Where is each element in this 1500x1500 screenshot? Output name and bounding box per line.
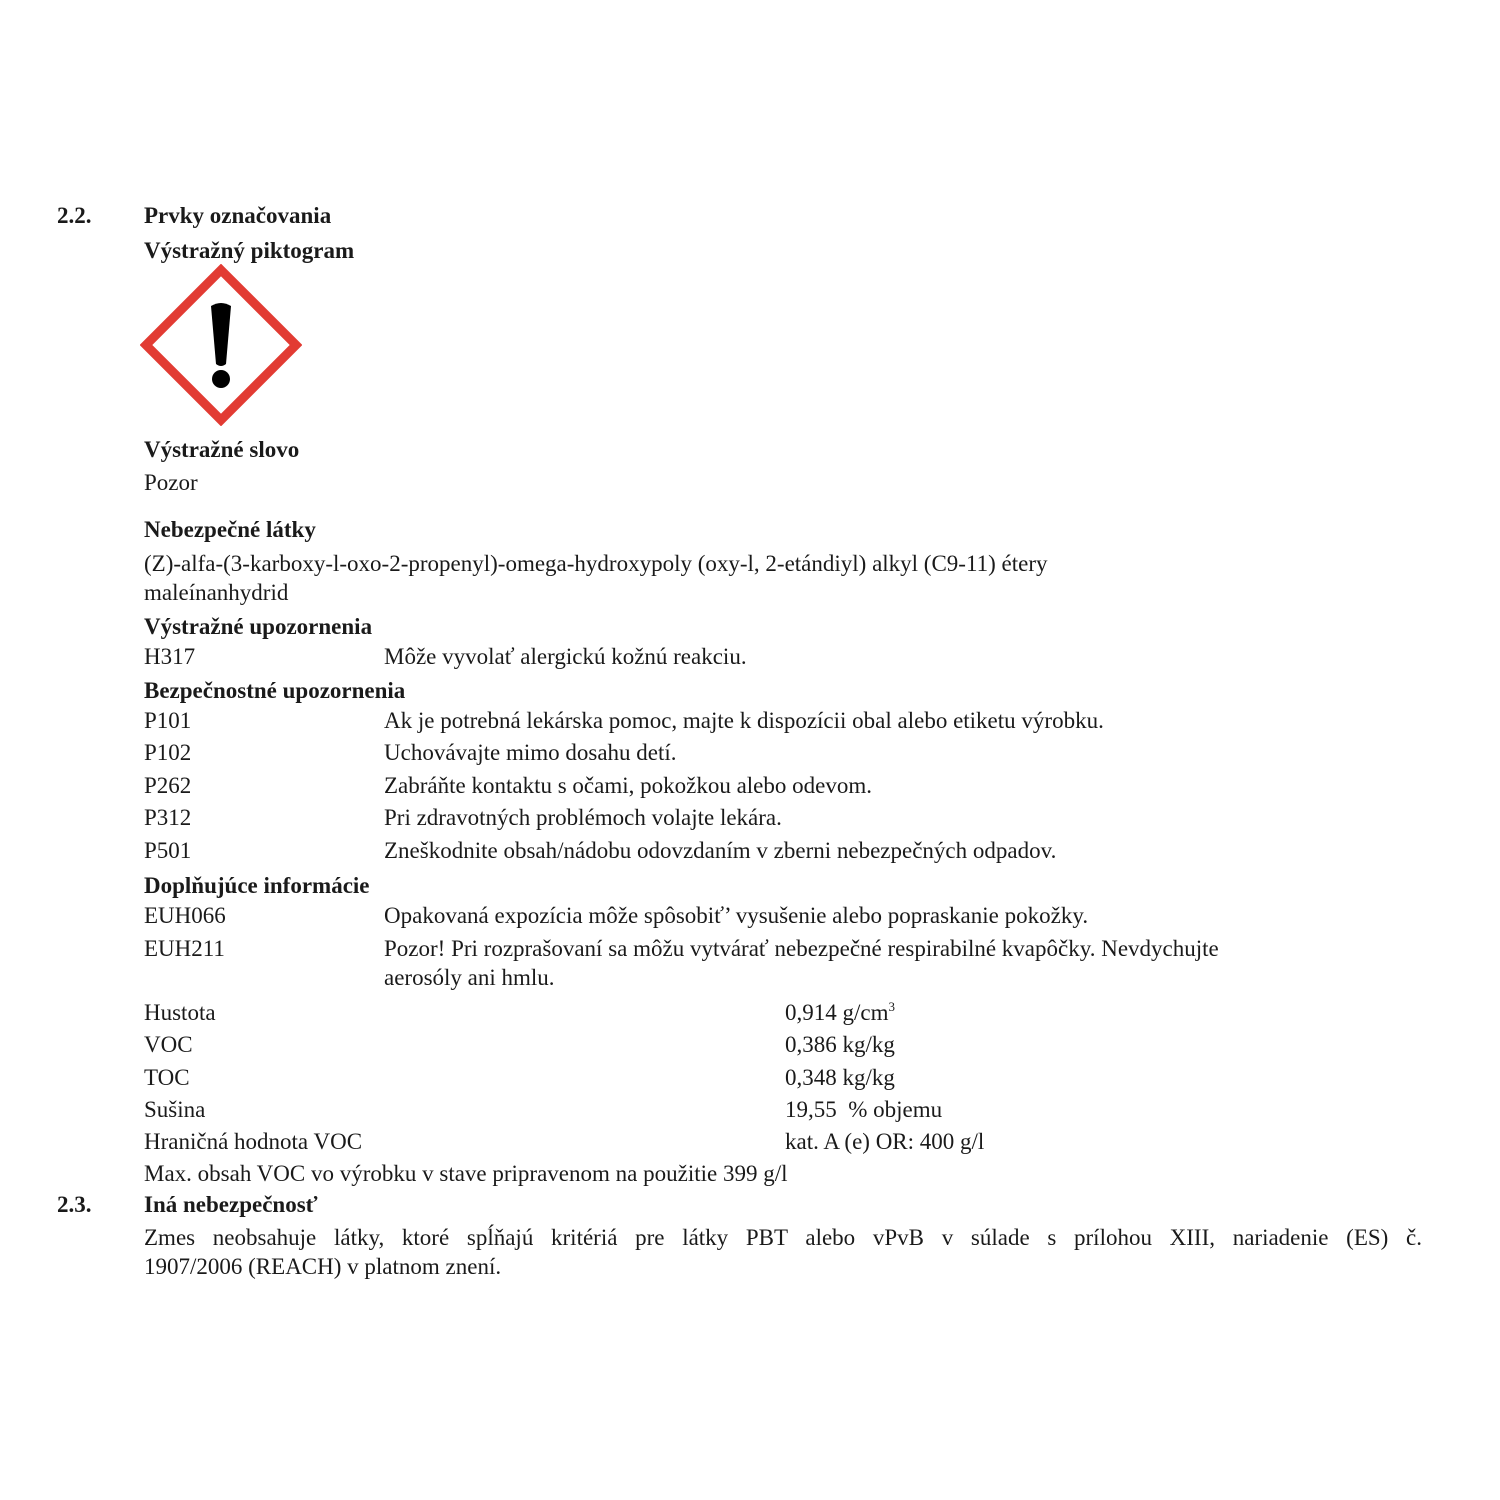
supplementary-text-continuation: aerosóly ani hmlu.: [384, 963, 555, 993]
precautionary-statement-code: P102: [144, 738, 191, 768]
precautionary-statement-text: Zneškodnite obsah/nádobu odovzdaním v zb…: [384, 836, 1056, 866]
property-label-toc: TOC: [144, 1063, 190, 1093]
signal-word-heading: Výstražné slovo: [144, 435, 299, 465]
hazardous-substance: maleínanhydrid: [144, 578, 288, 608]
precautionary-statement-code: P501: [144, 836, 191, 866]
section-number-2-2: 2.2.: [57, 201, 92, 231]
property-value-voc-limit: kat. A (e) OR: 400 g/l: [785, 1127, 984, 1157]
property-value-dry-matter: 19,55 % objemu: [785, 1095, 942, 1125]
max-voc-note: Max. obsah VOC vo výrobku v stave pripra…: [144, 1159, 787, 1189]
precautionary-statement-code: P262: [144, 771, 191, 801]
hazard-statement-code: H317: [144, 642, 195, 672]
section-number-2-3: 2.3.: [57, 1190, 92, 1220]
other-hazards-text: Zmes neobsahuje látky, ktoré spĺňajú kri…: [144, 1223, 1422, 1253]
precautionary-statement-text: Ak je potrebná lekárska pomoc, majte k d…: [384, 706, 1104, 736]
hazard-statements-heading: Výstražné upozornenia: [144, 612, 372, 642]
supplementary-code: EUH211: [144, 934, 225, 964]
precautionary-statement-code: P101: [144, 706, 191, 736]
precautionary-statement-code: P312: [144, 803, 191, 833]
precautionary-statements-heading: Bezpečnostné upozornenia: [144, 676, 405, 706]
property-label-voc-limit: Hraničná hodnota VOC: [144, 1127, 362, 1157]
property-value-voc: 0,386 kg/kg: [785, 1030, 895, 1060]
property-label-density: Hustota: [144, 998, 216, 1028]
supplementary-text: Pozor! Pri rozprašovaní sa môžu vytvárať…: [384, 934, 1219, 964]
section-title-label-elements: Prvky označovania: [144, 201, 331, 231]
hazard-statement-text: Môže vyvolať alergickú kožnú reakciu.: [384, 642, 747, 672]
pictogram-heading: Výstražný piktogram: [144, 236, 354, 266]
property-value-density: 0,914 g/cm3: [785, 998, 895, 1028]
property-label-voc: VOC: [144, 1030, 193, 1060]
other-hazards-text-continuation: 1907/2006 (REACH) v platnom znení.: [144, 1252, 501, 1282]
precautionary-statement-text: Zabráňte kontaktu s očami, pokožkou aleb…: [384, 771, 872, 801]
hazardous-substances-heading: Nebezpečné látky: [144, 515, 316, 545]
supplementary-info-heading: Doplňujúce informácie: [144, 871, 370, 901]
ghs07-exclamation-mark-icon: [140, 264, 302, 426]
precautionary-statement-text: Pri zdravotných problémoch volajte lekár…: [384, 803, 782, 833]
section-title-other-hazards: Iná nebezpečnosť: [144, 1190, 318, 1220]
property-value-toc: 0,348 kg/kg: [785, 1063, 895, 1093]
property-label-dry-matter: Sušina: [144, 1095, 205, 1125]
supplementary-code: EUH066: [144, 901, 226, 931]
supplementary-text: Opakovaná expozícia môže spôsobiť’ vysuš…: [384, 901, 1088, 931]
precautionary-statement-text: Uchovávajte mimo dosahu detí.: [384, 738, 677, 768]
signal-word: Pozor: [144, 468, 198, 498]
hazardous-substance: (Z)-alfa-(3-karboxy-l-oxo-2-propenyl)-om…: [144, 549, 1048, 579]
